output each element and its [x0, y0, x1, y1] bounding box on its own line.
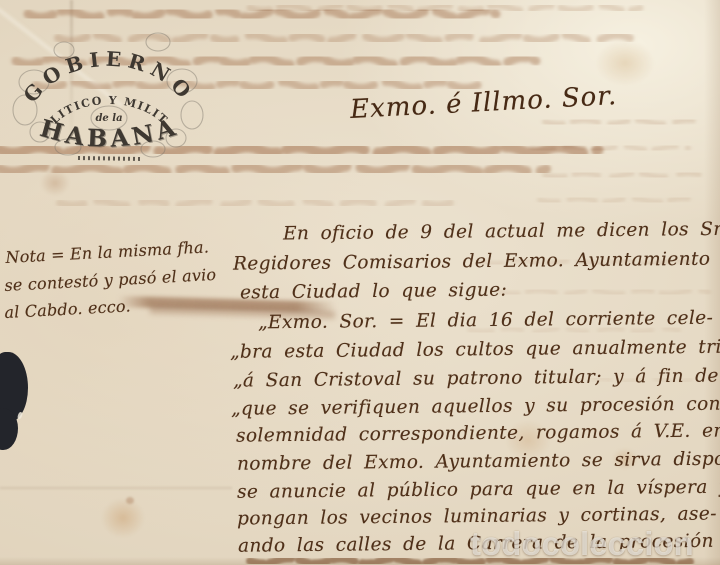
manuscript-line: Regidores Comisarios del Exmo. Ayuntamie…: [233, 248, 720, 274]
bleed-squiggle: [500, 290, 708, 294]
manuscript-line: „á San Cristoval su patrono titular; y á…: [233, 365, 719, 391]
manuscript-line: „Exmo. Sor. = El dia 16 del corriente ce…: [258, 308, 713, 334]
bleed-squiggle: [540, 198, 696, 202]
margin-note-line: al Cabdo. ecco.: [4, 296, 131, 322]
manuscript-line: esta Ciudad lo que sigue:: [240, 280, 507, 304]
manuscript-line: nombre del Exmo. Ayuntamiento se sirva d…: [237, 448, 720, 474]
manuscript-line: En oficio de 9 del actual me dicen los S…: [283, 219, 720, 245]
paper-stain: [101, 498, 145, 538]
bleed-squiggle: [28, 11, 496, 18]
manuscript-line: „que se verifiquen aquellos y su procesi…: [231, 393, 720, 419]
margin-note-line: se contestó y pasó el avio: [4, 265, 217, 295]
manuscript-page: GOBIERNO POLITICO Y MILITAR de la HABANA…: [0, 0, 720, 565]
manuscript-line: „bra esta Ciudad los cultos que anualmen…: [230, 336, 720, 363]
seal-base-ticks: [78, 158, 142, 159]
seal-text-de-la: de la: [95, 113, 122, 124]
paper-stain: [126, 497, 134, 504]
manuscript-line: solemnidad correspondiente, rogamos á V.…: [236, 420, 720, 446]
salutation-heading: Exmo. é Illmo. Sor.: [349, 81, 617, 125]
bleed-squiggle: [545, 120, 701, 124]
manuscript-line: se anuncie al público para que en la vís…: [237, 476, 720, 503]
todocoleccion-watermark: todocoleccion: [470, 525, 694, 563]
paper-stain: [40, 170, 70, 196]
paper-crease: [0, 487, 232, 489]
paper-tear-speck: [17, 412, 23, 420]
gobierno-habana-seal: GOBIERNO POLITICO Y MILITAR de la HABANA…: [6, 26, 214, 168]
bleed-squiggle: [545, 173, 701, 177]
bleed-squiggle: [60, 201, 450, 206]
bleed-squiggle: [532, 146, 688, 150]
margin-note-line: Nota = En la misma fha.: [5, 237, 209, 267]
bleed-squiggle: [250, 6, 640, 11]
paper-stain: [595, 40, 655, 86]
